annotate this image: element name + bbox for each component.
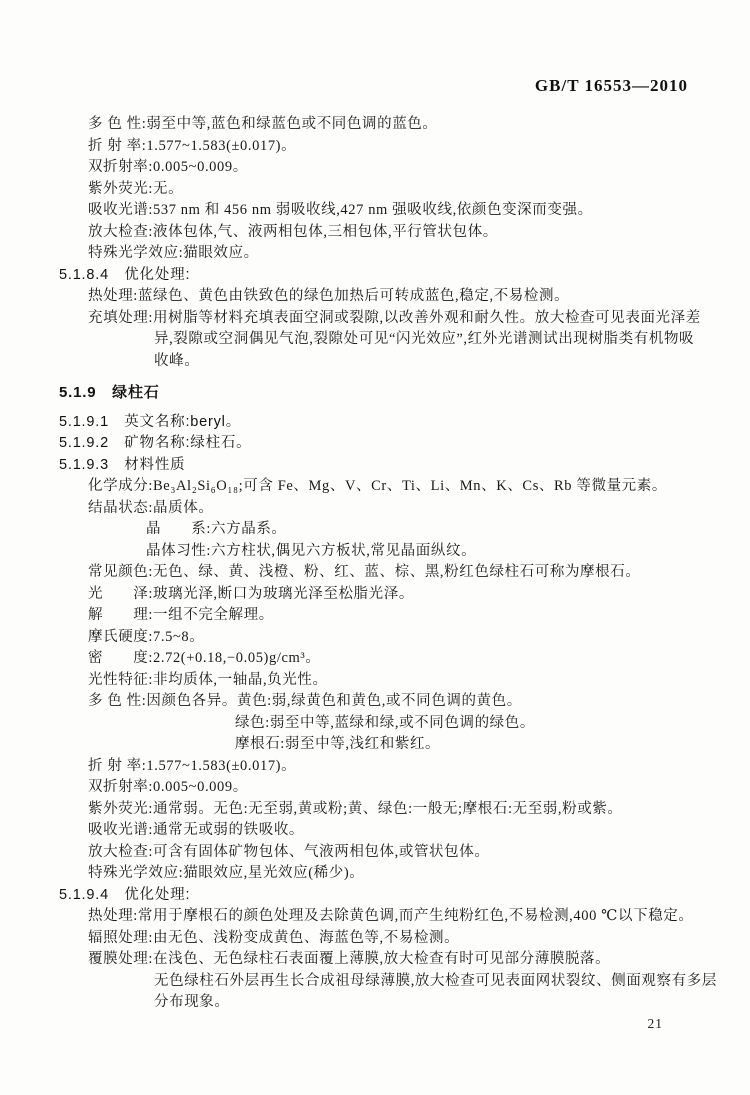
continuation-line-morganite: 摩根石:弱至中等,浅红和紫红。 <box>235 734 719 756</box>
continuation-line: 分布现象。 <box>154 992 719 1014</box>
property-line-magnification-beryl: 放大检查:可含有固体矿物包体、气液两相包体,或管状包体。 <box>88 842 719 864</box>
property-line-absorption-spectrum-beryl: 吸收光谱:通常无或弱的铁吸收。 <box>88 820 719 842</box>
property-line-luster: 光 泽:玻璃光泽,断口为玻璃光泽至松脂光泽。 <box>88 584 719 606</box>
property-line-special-optical-effect: 特殊光学效应:猫眼效应。 <box>88 243 719 265</box>
continuation-line-green: 绿色:弱至中等,蓝绿和绿,或不同色调的绿色。 <box>235 713 719 735</box>
document-page: GB/T 16553—2010 多 色 性:弱至中等,蓝色和绿蓝色或不同色调的蓝… <box>0 0 750 1095</box>
property-line-cleavage: 解 理:一组不完全解理。 <box>88 605 719 627</box>
property-line-crystal-system: 晶 系:六方晶系。 <box>146 519 719 541</box>
document-body: 多 色 性:弱至中等,蓝色和绿蓝色或不同色调的蓝色。 折 射 率:1.577~1… <box>59 114 719 1014</box>
clause-heading-5-1-8-4: 5.1.8.4 优化处理: <box>59 265 719 287</box>
continuation-line: 无色绿柱石外层再生长合成祖母绿薄膜,放大检查可见表面网状裂纹、侧面观察有多层 <box>154 971 719 993</box>
property-line-absorption-spectrum: 吸收光谱:537 nm 和 456 nm 弱吸收线,427 nm 强吸收线,依颜… <box>88 200 719 222</box>
property-line-mohs-hardness: 摩氏硬度:7.5~8。 <box>88 627 719 649</box>
property-line-birefringence: 双折射率:0.005~0.009。 <box>88 157 719 179</box>
property-line-magnification: 放大检查:液体包体,气、液两相包体,三相包体,平行管状包体。 <box>88 222 719 244</box>
property-line-crystal-habit: 晶体习性:六方柱状,偶见六方板状,常见晶面纵纹。 <box>146 541 719 563</box>
clause-heading-5-1-9-2: 5.1.9.2 矿物名称:绿柱石。 <box>59 433 719 455</box>
property-line-optic-character: 光性特征:非均质体,一轴晶,负光性。 <box>88 670 719 692</box>
property-line-chemical-composition: 化学成分:Be₃Al₂Si₆O₁₈;可含 Fe、Mg、V、Cr、Ti、Li、Mn… <box>88 476 719 498</box>
property-line-pleochroism: 多 色 性:弱至中等,蓝色和绿蓝色或不同色调的蓝色。 <box>88 114 719 136</box>
property-line-heat-treatment-beryl: 热处理:常用于摩根石的颜色处理及去除黄色调,而产生纯粉红色,不易检测,400 ℃… <box>88 906 719 928</box>
clause-heading-5-1-9-beryl: 5.1.9 绿柱石 <box>59 382 719 404</box>
continuation-line: 异,裂隙或空洞偶见气泡,裂隙处可见“闪光效应”,红外光谱测试出现树脂类有机物吸 <box>154 329 719 351</box>
property-line-birefringence-beryl: 双折射率:0.005~0.009。 <box>88 777 719 799</box>
property-line-special-optical-effect-beryl: 特殊光学效应:猫眼效应,星光效应(稀少)。 <box>88 863 719 885</box>
page-number: 21 <box>648 1016 664 1032</box>
property-line-crystal-state: 结晶状态:晶质体。 <box>88 498 719 520</box>
property-line-irradiation-treatment: 辐照处理:由无色、浅粉变成黄色、海蓝色等,不易检测。 <box>88 928 719 950</box>
property-line-refractive-index-beryl: 折 射 率:1.577~1.583(±0.017)。 <box>88 756 719 778</box>
property-line-heat-treatment: 热处理:蓝绿色、黄色由铁致色的绿色加热后可转成蓝色,稳定,不易检测。 <box>88 286 719 308</box>
property-line-common-colors: 常见颜色:无色、绿、黄、浅橙、粉、红、蓝、棕、黑,粉红色绿柱石可称为摩根石。 <box>88 562 719 584</box>
property-line-uv-fluorescence-beryl: 紫外荧光:通常弱。无色:无至弱,黄或粉;黄、绿色:一般无;摩根石:无至弱,粉或紫… <box>88 799 719 821</box>
clause-heading-5-1-9-3: 5.1.9.3 材料性质 <box>59 455 719 477</box>
standard-number-header: GB/T 16553—2010 <box>535 76 688 96</box>
property-line-uv-fluorescence: 紫外荧光:无。 <box>88 179 719 201</box>
property-line-density: 密 度:2.72(+0.18,−0.05)g/cm³。 <box>88 648 719 670</box>
clause-heading-5-1-9-1: 5.1.9.1 英文名称:beryl。 <box>59 412 719 434</box>
property-line-pleochroism-beryl: 多 色 性:因颜色各异。黄色:弱,绿黄色和黄色,或不同色调的黄色。 <box>88 691 719 713</box>
clause-heading-5-1-9-4: 5.1.9.4 优化处理: <box>59 885 719 907</box>
continuation-line: 收峰。 <box>154 351 719 373</box>
property-line-refractive-index: 折 射 率:1.577~1.583(±0.017)。 <box>88 136 719 158</box>
property-line-coating-treatment: 覆膜处理:在浅色、无色绿柱石表面覆上薄膜,放大检查有时可见部分薄膜脱落。 <box>88 949 719 971</box>
property-line-filling-treatment: 充填处理:用树脂等材料充填表面空洞或裂隙,以改善外观和耐久性。放大检查可见表面光… <box>88 308 719 330</box>
